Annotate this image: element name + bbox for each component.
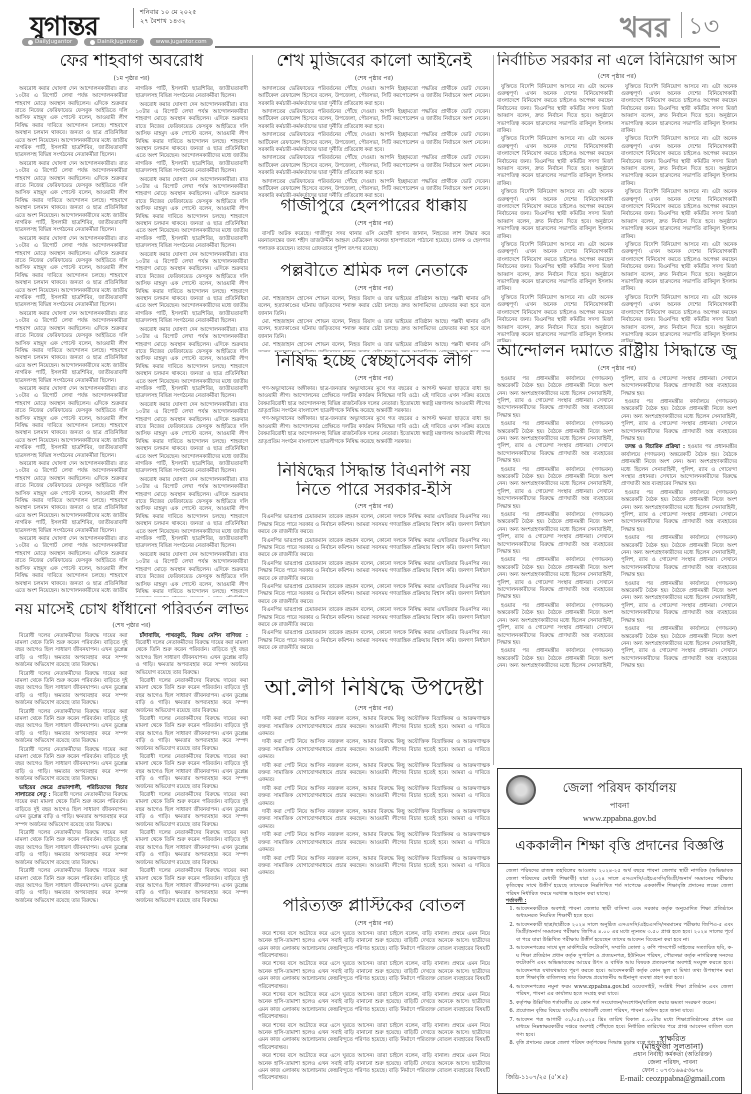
advertisement-scholarship-notice: জেলা পরিষদ কার্যালয় পাবনা www.zppabna.g… bbox=[497, 768, 742, 1094]
story-body: অবরোধ করার ঘোষণা দেন আন্দোলনকারীরা। রাত … bbox=[15, 86, 248, 597]
story-body: করে শখের বসে অটোতে করে এসে ঘুরতে আসেন। ত… bbox=[258, 931, 490, 1084]
headline: পরিত্যক্ত প্লাস্টিকের বোতল bbox=[258, 897, 490, 916]
story-shahbag: ফের শাহবাগ অবরোধ (১ম পৃষ্ঠার পর) অবরোধ ক… bbox=[15, 52, 248, 597]
masthead-divider bbox=[133, 8, 134, 28]
headline: গাজীপুরে হেলপারের ধাক্কায় bbox=[258, 197, 490, 216]
story-body: মো. শাহজাহান হোসেন শোভন বলেন, নিহত রিয়া… bbox=[258, 296, 490, 352]
headline-line-2: নিতে পারে সরকার-ইসি bbox=[258, 481, 490, 500]
continued-label: (শেষ পৃষ্ঠার পর) bbox=[258, 73, 490, 84]
story-body: দাবী করা পেটি নিয়ে আসিফ নজরুল বলেন, আমা… bbox=[258, 716, 490, 879]
continued-label: (শেষ পৃষ্ঠার পর) bbox=[497, 363, 737, 374]
story-bnp-decision: নিষিদ্ধের সিদ্ধান্ত বিএনপি নয় নিতে পারে… bbox=[258, 462, 490, 677]
story-nine-months: নয় মাসেই চোখ ধাঁধানো পরিবর্তন লাভলু (শে… bbox=[15, 601, 248, 1091]
story-body: হওয়ার পর প্রধানমন্ত্রীর কার্যালয়ে (গণভ… bbox=[497, 376, 737, 762]
x-twitter-icon bbox=[28, 40, 33, 45]
social-website[interactable]: www.jugantor.com bbox=[150, 38, 213, 46]
ad-condition: আবেদনপত্রের নমুনা ফরম www.zppabna.gov.bd… bbox=[516, 984, 733, 999]
headline: নয় মাসেই চোখ ধাঁধানো পরিবর্তন লাভলু bbox=[15, 601, 248, 618]
continued-label: (শেষ পৃষ্ঠার পর) bbox=[497, 71, 737, 82]
subhead: তদন্ত ও বিচারিক প্রক্রিয়া : bbox=[625, 444, 685, 450]
ad-signature-block: স্বাক্ষরিত (মাহফুজা সুলতানা) প্রধান নির্… bbox=[620, 1035, 725, 1083]
continued-label: (শেষ পৃষ্ঠার পর) bbox=[258, 918, 490, 929]
column-right: নির্বাচিত সরকার না এলে বিনিয়োগ আসবে (শে… bbox=[497, 52, 737, 762]
signatory-title: প্রধান নির্বাহী কর্মকর্তা (অতিরিক্ত) bbox=[620, 1051, 725, 1059]
ad-intro: জেলা পরিষদের রাজস্ব তহবিলের আওতায় ২০২৪-… bbox=[506, 868, 733, 898]
social-twitter[interactable]: DailyJugantor bbox=[22, 38, 78, 46]
section-divider bbox=[681, 12, 682, 38]
ad-condition: আবেদনকারীকে অবশ্যই পাবনা জেলার স্থায়ী ব… bbox=[516, 906, 733, 921]
ad-reference-number: জিডি-১১০৭/২৫ (৫'×৫) bbox=[506, 1072, 568, 1083]
story-body: বিরোধী দলের নেতাকর্মীদের বিরুদ্ধে দায়ের… bbox=[15, 633, 248, 1092]
story-pallabi: পল্লবীতে শ্রমিক দল নেতাকে (শেষ পৃষ্ঠার প… bbox=[258, 262, 490, 352]
column-left: ফের শাহবাগ অবরোধ (১ম পৃষ্ঠার পর) অবরোধ ক… bbox=[15, 52, 248, 1091]
column-middle: শেখ মুজিবের কালো আইনেই (শেষ পৃষ্ঠার পর) … bbox=[258, 52, 490, 1087]
signatory-name: (মাহফুজা সুলতানা) bbox=[620, 1043, 725, 1051]
continued-label: (শেষ পৃষ্ঠার পর) bbox=[15, 620, 248, 631]
social-links: DailyJugantor DainikJugantor www.juganto… bbox=[22, 38, 213, 46]
ad-website-link[interactable]: www.zppabna.gov.bd bbox=[506, 813, 733, 823]
story-body: যুক্তিতে বিদেশি বিনিয়োগ আসবে না। এটা অন… bbox=[497, 84, 737, 343]
story-investment: নির্বাচিত সরকার না এলে বিনিয়োগ আসবে (শে… bbox=[497, 52, 737, 342]
story-gazipur: গাজীপুরে হেলপারের ধাক্কায় (শেষ পৃষ্ঠার … bbox=[258, 197, 490, 262]
ad-condition: প্রয়োজন বৃত্তির বিষয়ে যাবতীয় তথ্যাবলী… bbox=[516, 1008, 733, 1016]
headline: আন্দোলন দমাতে রাষ্ট্রীয় সিদ্ধান্তে জুলা… bbox=[497, 342, 737, 361]
headline: নিষিদ্ধ হচ্ছে স্বেচ্ছাসেবক লীগ bbox=[258, 352, 490, 371]
story-volunteer-league: নিষিদ্ধ হচ্ছে স্বেচ্ছাসেবক লীগ (শেষ পৃষ্… bbox=[258, 352, 490, 462]
story-sheikh-mujib: শেখ মুজিবের কালো আইনেই (শেষ পৃষ্ঠার পর) … bbox=[258, 52, 490, 197]
headline: ফের শাহবাগ অবরোধ bbox=[15, 52, 248, 71]
continued-label: (শেষ পৃষ্ঠার পর) bbox=[258, 373, 490, 384]
date-gregorian: শনিবার ১০ মে ২০২৫ bbox=[140, 8, 196, 17]
section-name: খবর bbox=[620, 6, 669, 53]
headline: নির্বাচিত সরকার না এলে বিনিয়োগ আসবে bbox=[497, 52, 737, 69]
masthead: যুগান্তর শনিবার ১০ মে ২০২৫ ২৭ বৈশাখ ১৪৩২… bbox=[0, 0, 751, 52]
column-divider bbox=[252, 55, 253, 1090]
headline: পল্লবীতে শ্রমিক দল নেতাকে bbox=[258, 262, 490, 281]
ad-condition: আবেদনকারী ছাত্র/ছাত্রীকে ২০২৪ সালে অনুষ্… bbox=[516, 922, 733, 945]
story-awami-adviser: আ.লীগ নিষিদ্ধে উপদেষ্টা (শেষ পৃষ্ঠার পর)… bbox=[258, 677, 490, 897]
continued-label: (শেষ পৃষ্ঠার পর) bbox=[258, 501, 490, 512]
ad-title: এককালীন শিক্ষা বৃত্তি প্রদানের বিজ্ঞপ্তি bbox=[498, 828, 741, 864]
ad-conditions-list: আবেদনকারীকে অবশ্যই পাবনা জেলার স্থায়ী ব… bbox=[506, 906, 733, 1048]
signatory-office: জেলা পরিষদ, পাবনা bbox=[620, 1059, 725, 1067]
story-plastic-bottle: পরিত্যক্ত প্লাস্টিকের বোতল (শেষ পৃষ্ঠার … bbox=[258, 897, 490, 1087]
headline: শেখ মুজিবের কালো আইনেই bbox=[258, 52, 490, 71]
social-facebook[interactable]: DainikJugantor bbox=[84, 38, 144, 46]
story-body: বিএনপির ভারপ্রাপ্ত চেয়ারম্যান তারেক রহম… bbox=[258, 514, 490, 653]
continued-label: (শেষ পৃষ্ঠার পর) bbox=[258, 283, 490, 294]
ad-condition: আবেদনপত্রের সাথে মূল মার্কশিটের ফটোকপি, … bbox=[516, 945, 733, 983]
ad-condition: কর্তৃপক্ষ উল্লিখিত শর্তাবলীর যে কোন শর্ত… bbox=[516, 1000, 733, 1008]
ad-conditions-label: শর্তাবলী : bbox=[506, 898, 733, 906]
continued-label: (শেষ পৃষ্ঠার পর) bbox=[258, 218, 490, 229]
continued-label: (শেষ পৃষ্ঠার পর) bbox=[258, 703, 490, 714]
date-bengali: ২৭ বৈশাখ ১৪৩২ bbox=[140, 17, 196, 26]
page-number: ১৩ bbox=[688, 8, 719, 48]
ad-body: জেলা পরিষদের রাজস্ব তহবিলের আওতায় ২০২৪-… bbox=[506, 868, 733, 1048]
government-seal-icon bbox=[506, 775, 536, 805]
facebook-icon bbox=[90, 40, 95, 45]
ad-district: পাবনা bbox=[506, 800, 733, 813]
story-body: বাসটি আটক করেছে। গাজীপুর সদর থানার ওসি ম… bbox=[258, 231, 490, 254]
subhead: চাঁদাবাজি, পাথরকুচি, বিক্রয় মেশিন বাণিজ… bbox=[140, 633, 249, 639]
column-divider bbox=[493, 55, 494, 765]
story-body: আদালতের ভেরিফায়েড পরিবর্তনের পৌঁছে দেওয… bbox=[258, 86, 490, 197]
date-block: শনিবার ১০ মে ২০২৫ ২৭ বৈশাখ ১৪৩২ bbox=[140, 8, 196, 26]
ad-organization: জেলা পরিষদ কার্যালয় bbox=[506, 779, 733, 800]
story-body: গণ-অভ্যুত্থানের অঙ্গীকার। ছাত্র-জনতার অভ… bbox=[258, 386, 490, 447]
headline: আ.লীগ নিষিদ্ধে উপদেষ্টা bbox=[258, 677, 490, 701]
continued-label: (১ম পৃষ্ঠার পর) bbox=[15, 73, 248, 84]
signatory-email-link[interactable]: E-mail: ceozppabna@gmail.com bbox=[620, 1075, 725, 1083]
story-july: আন্দোলন দমাতে রাষ্ট্রীয় সিদ্ধান্তে জুলা… bbox=[497, 342, 737, 762]
headline-line-1: নিষিদ্ধের সিদ্ধান্ত বিএনপি নয় bbox=[258, 462, 490, 481]
